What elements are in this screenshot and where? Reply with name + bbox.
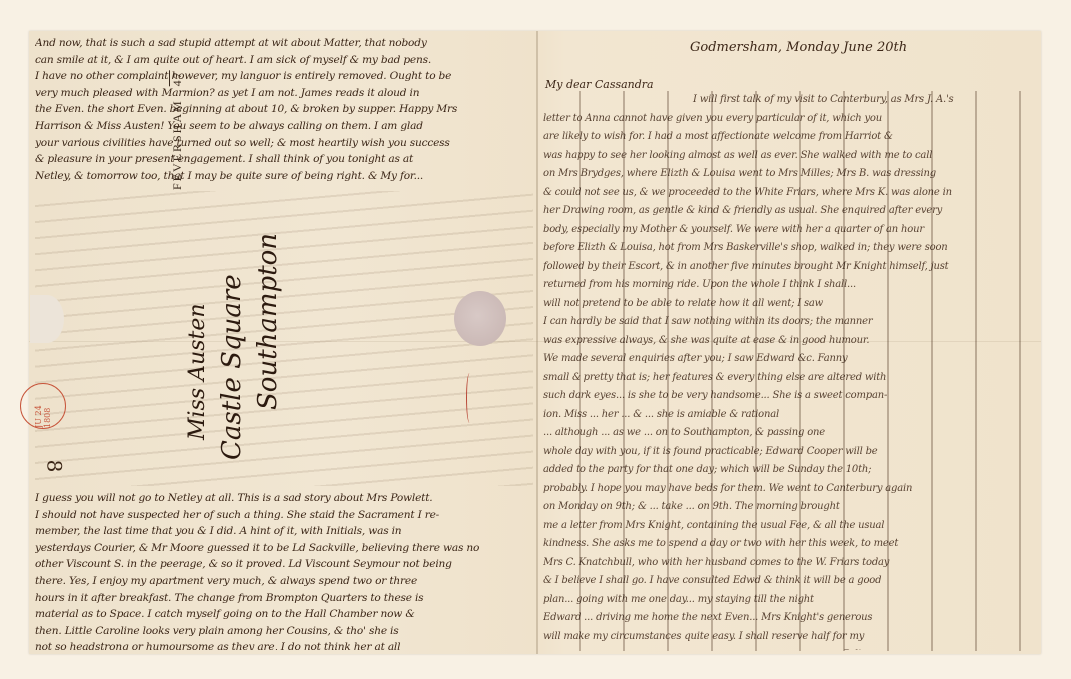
text-line: was expressive always, & she was quite a… — [543, 332, 1037, 351]
text-line: probably. I hope you may have beds for t… — [543, 480, 1037, 499]
text-line: plan... going with me one day... my stay… — [543, 591, 1037, 610]
text-line: I should not have suspected her of such … — [35, 507, 533, 524]
text-line: will make my circumstances quite easy. I… — [543, 628, 1037, 647]
text-line: not so headstrong or humoursome as they … — [35, 639, 533, 650]
text-line: I have no other complaint however, my la… — [35, 68, 533, 85]
text-line: I will first talk of my visit to Canterb… — [543, 91, 1037, 110]
text-line: & could not see us, & we proceeded to th… — [543, 184, 1037, 203]
text-line: small & pretty that is; her features & e… — [543, 369, 1037, 388]
text-line: can smile at it, & I am quite out of hea… — [35, 52, 533, 69]
text-line: ion. Miss ... her ... & ... she is amiab… — [543, 406, 1037, 425]
text-line: such dark eyes... is she to be very hand… — [543, 387, 1037, 406]
text-line: material as to Space. I catch myself goi… — [35, 606, 533, 623]
text-line: kindness. She asks me to spend a day or … — [543, 535, 1037, 554]
text-line: I guess you will not go to Netley at all… — [35, 490, 533, 507]
text-line: whole day with you, if it is found pract… — [543, 443, 1037, 462]
text-line: Harrison & Miss Austen! You seem to be a… — [35, 118, 533, 135]
text-line: followed by their Escort, & in another f… — [543, 258, 1037, 277]
addressee: Miss Austen — [185, 303, 210, 440]
seal-remnant — [30, 295, 64, 343]
text-line: yesterdays Courier, & Mr Moore guessed i… — [35, 540, 533, 557]
text-line: & pleasure in your present engagement. I… — [35, 151, 533, 168]
wax-seal — [454, 291, 506, 346]
text-line: added to the party for that one day; whi… — [543, 461, 1037, 480]
text-line: I can hardly be said that I saw nothing … — [543, 313, 1037, 332]
letter-heading: Godmersham, Monday June 20th — [690, 40, 907, 55]
stamp-date: JU 24 1808 — [34, 384, 52, 428]
text-line: Edward ... driving me home the next Even… — [543, 609, 1037, 628]
text-line: ... although ... as we ... on to Southam… — [543, 424, 1037, 443]
postmark-town: FEVERSHAM — [170, 99, 184, 190]
text-line: hours in it after breakfast. The change … — [35, 590, 533, 607]
text-line: was happy to see her looking almost as w… — [543, 147, 1037, 166]
red-circular-postmark: JU 24 1808 — [20, 383, 66, 429]
salutation: My dear Cassandra — [545, 78, 654, 91]
text-line: her Drawing room, as gentle & kind & fri… — [543, 202, 1037, 221]
text-line: very much pleased with Marmion? as yet I… — [35, 85, 533, 102]
text-line: body, especially my Mother & yourself. W… — [543, 221, 1037, 240]
text-line: returned from his morning ride. Upon the… — [543, 276, 1037, 295]
text-line: on Mrs Brydges, where Elizth & Louisa we… — [543, 165, 1037, 184]
text-line: And now, that is such a sad stupid attem… — [35, 35, 533, 52]
text-line: the Even. the short Even. beginning at a… — [35, 101, 533, 118]
center-fold — [536, 31, 538, 654]
text-line: me a letter from Mrs Knight, containing … — [543, 517, 1037, 536]
address-town: Southampton — [253, 233, 283, 410]
text-line: Pelisse. — [543, 646, 1037, 650]
text-line: there. Yes, I enjoy my apartment very mu… — [35, 573, 533, 590]
red-ink-mark — [466, 373, 473, 423]
bleed-through-text — [35, 191, 533, 486]
text-line: then. Little Caroline looks very plain a… — [35, 623, 533, 640]
page-number: 8 — [42, 460, 66, 473]
text-line: & I believe I shall go. I have consulted… — [543, 572, 1037, 591]
text-line: Mrs C. Knatchbull, who with her husband … — [543, 554, 1037, 573]
feversham-postmark: FEVERSHAM 47 — [170, 70, 185, 190]
text-line: on Monday on 9th; & ... take ... on 9th.… — [543, 498, 1037, 517]
address-street: Castle Square — [217, 274, 247, 460]
text-line: will not pretend to be able to relate ho… — [543, 295, 1037, 314]
text-line: letter to Anna cannot have given you eve… — [543, 110, 1037, 129]
text-line: are likely to wish for. I had a most aff… — [543, 128, 1037, 147]
text-line: Netley, & tomorrow too, that I may be qu… — [35, 168, 533, 185]
text-line: other Viscount S. in the peerage, & so i… — [35, 556, 533, 573]
text-line: We made several enquiries after you; I s… — [543, 350, 1037, 369]
text-line: your various civilities have turned out … — [35, 135, 533, 152]
text-line: before Elizth & Louisa, hot from Mrs Bas… — [543, 239, 1037, 258]
right-text-block: I will first talk of my visit to Canterb… — [543, 35, 1037, 650]
left-bottom-text-block: I guess you will not go to Netley at all… — [35, 490, 533, 650]
text-line: member, the last time that you & I did. … — [35, 523, 533, 540]
left-top-text-block: And now, that is such a sad stupid attem… — [35, 35, 533, 190]
postmark-number: 47 — [170, 70, 184, 86]
